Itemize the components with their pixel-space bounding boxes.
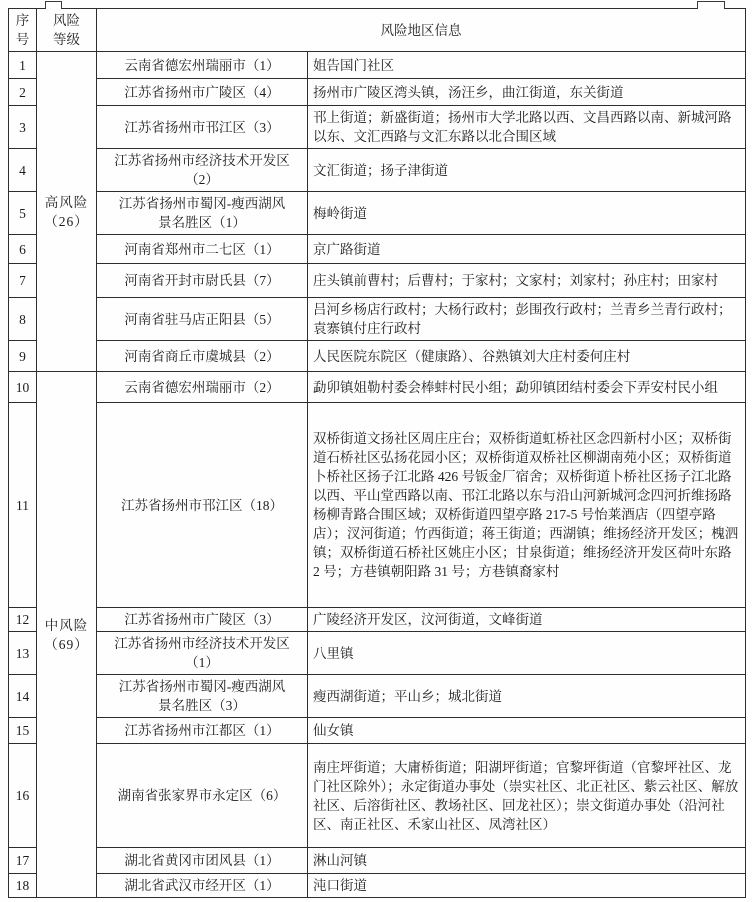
table-row: 2 江苏省扬州市广陵区（4） 扬州市广陵区湾头镇，汤汪乡，曲江街道，东关街道 [9,79,746,106]
row-number-cell: 16 [9,744,37,848]
detail-cell: 瘦西湖街道；平山乡；城北街道 [308,675,746,718]
detail-cell: 文汇街道；扬子津街道 [308,149,746,192]
header-risk-area-info: 风险地区信息 [97,9,746,52]
region-cell: 江苏省扬州市经济技术开发区 （2） [97,149,308,192]
risk-level-cell-high: 高风险 （26） [37,52,97,372]
detail-cell: 广陵经济开发区，汶河街道，文峰街道 [308,608,746,632]
row-number-cell: 5 [9,192,37,235]
detail-cell: 淋山河镇 [308,848,746,874]
region-cell: 云南省德宏州瑞丽市（2） [97,372,308,403]
region-cell: 湖南省张家界市永定区（6） [97,744,308,848]
table-row: 13 江苏省扬州市经济技术开发区 （1） 八里镇 [9,632,746,675]
row-number-cell: 3 [9,106,37,149]
document-page: 序 号 风险 等级 风险地区信息 1 高风险 （26） 云南省德宏州瑞丽市（1）… [0,0,752,902]
table-row: 6 河南省郑州市二七区（1） 京广路街道 [9,235,746,264]
region-cell: 江苏省扬州市邗江区（3） [97,106,308,149]
detail-cell: 沌口街道 [308,874,746,898]
detail-cell: 八里镇 [308,632,746,675]
region-cell: 江苏省扬州市江都区（1） [97,718,308,744]
table-header-row: 序 号 风险 等级 风险地区信息 [9,9,746,52]
region-cell: 河南省驻马店正阳县（5） [97,298,308,341]
region-cell: 河南省郑州市二七区（1） [97,235,308,264]
row-number-cell: 9 [9,341,37,372]
row-number-cell: 7 [9,264,37,298]
row-number-cell: 2 [9,79,37,106]
row-number-cell: 15 [9,718,37,744]
detail-cell: 仙女镇 [308,718,746,744]
table-row: 17 湖北省黄冈市团风县（1） 淋山河镇 [9,848,746,874]
detail-cell: 庄头镇前曹村；后曹村；于家村；文家村；刘家村；孙庄村；田家村 [308,264,746,298]
table-row: 4 江苏省扬州市经济技术开发区 （2） 文汇街道；扬子津街道 [9,149,746,192]
table-row: 11 江苏省扬州市邗江区（18） 双桥街道文扬社区周庄庄台；双桥街道虹桥社区念四… [9,403,746,608]
table-row: 8 河南省驻马店正阳县（5） 吕河乡杨店行政村；大杨行政村；彭围孜行政村；兰青乡… [9,298,746,341]
table-row: 9 河南省商丘市虞城县（2） 人民医院东院区（健康路）、谷熟镇刘大庄村委何庄村 [9,341,746,372]
region-cell: 江苏省扬州市蜀冈-瘦西湖风 景名胜区（3） [97,675,308,718]
row-number-cell: 8 [9,298,37,341]
table-row: 16 湖南省张家界市永定区（6） 南庄坪街道；大庸桥街道；阳湖坪街道；官黎坪街道… [9,744,746,848]
row-number-cell: 1 [9,52,37,79]
row-number-cell: 10 [9,372,37,403]
table-row: 12 江苏省扬州市广陵区（3） 广陵经济开发区，汶河街道，文峰街道 [9,608,746,632]
detail-cell: 京广路街道 [308,235,746,264]
table-row: 1 高风险 （26） 云南省德宏州瑞丽市（1） 姐告国门社区 [9,52,746,79]
cutoff-row-fragment-left [45,1,62,9]
detail-cell: 吕河乡杨店行政村；大杨行政村；彭围孜行政村；兰青乡兰青行政村；袁寨镇付庄行政村 [308,298,746,341]
region-cell: 云南省德宏州瑞丽市（1） [97,52,308,79]
header-serial-number: 序 号 [9,9,37,52]
row-number-cell: 18 [9,874,37,898]
region-cell: 河南省商丘市虞城县（2） [97,341,308,372]
row-number-cell: 12 [9,608,37,632]
detail-cell: 双桥街道文扬社区周庄庄台；双桥街道虹桥社区念四新村小区；双桥街道石桥社区弘扬花园… [308,403,746,608]
region-cell: 江苏省扬州市广陵区（4） [97,79,308,106]
region-cell: 江苏省扬州市邗江区（18） [97,403,308,608]
detail-cell: 勐卯镇姐勒村委会棒蚌村民小组；勐卯镇团结村委会下弄安村民小组 [308,372,746,403]
table-row: 3 江苏省扬州市邗江区（3） 邗上街道；新盛街道；扬州市大学北路以西、文昌西路以… [9,106,746,149]
region-cell: 湖北省黄冈市团风县（1） [97,848,308,874]
region-cell: 江苏省扬州市广陵区（3） [97,608,308,632]
region-cell: 湖北省武汉市经开区（1） [97,874,308,898]
row-number-cell: 11 [9,403,37,608]
region-cell: 江苏省扬州市蜀冈-瘦西湖风 景名胜区（1） [97,192,308,235]
detail-cell: 梅岭街道 [308,192,746,235]
detail-cell: 邗上街道；新盛街道；扬州市大学北路以西、文昌西路以南、新城河路以东、文汇西路与文… [308,106,746,149]
row-number-cell: 14 [9,675,37,718]
table-row: 10 中风险 （69） 云南省德宏州瑞丽市（2） 勐卯镇姐勒村委会棒蚌村民小组；… [9,372,746,403]
detail-cell: 人民医院东院区（健康路）、谷熟镇刘大庄村委何庄村 [308,341,746,372]
row-number-cell: 6 [9,235,37,264]
region-cell: 河南省开封市尉氏县（7） [97,264,308,298]
row-number-cell: 4 [9,149,37,192]
row-number-cell: 13 [9,632,37,675]
detail-cell: 姐告国门社区 [308,52,746,79]
table-row: 14 江苏省扬州市蜀冈-瘦西湖风 景名胜区（3） 瘦西湖街道；平山乡；城北街道 [9,675,746,718]
table-row: 5 江苏省扬州市蜀冈-瘦西湖风 景名胜区（1） 梅岭街道 [9,192,746,235]
header-risk-level: 风险 等级 [37,9,97,52]
row-number-cell: 17 [9,848,37,874]
risk-area-table: 序 号 风险 等级 风险地区信息 1 高风险 （26） 云南省德宏州瑞丽市（1）… [8,8,746,898]
table-row: 15 江苏省扬州市江都区（1） 仙女镇 [9,718,746,744]
region-cell: 江苏省扬州市经济技术开发区 （1） [97,632,308,675]
detail-cell: 扬州市广陵区湾头镇，汤汪乡，曲江街道，东关街道 [308,79,746,106]
cutoff-row-fragment-right [697,1,725,9]
table-row: 18 湖北省武汉市经开区（1） 沌口街道 [9,874,746,898]
table-row: 7 河南省开封市尉氏县（7） 庄头镇前曹村；后曹村；于家村；文家村；刘家村；孙庄… [9,264,746,298]
detail-cell: 南庄坪街道；大庸桥街道；阳湖坪街道；官黎坪街道（官黎坪社区、龙门社区除外）；永定… [308,744,746,848]
risk-level-cell-medium: 中风险 （69） [37,372,97,898]
